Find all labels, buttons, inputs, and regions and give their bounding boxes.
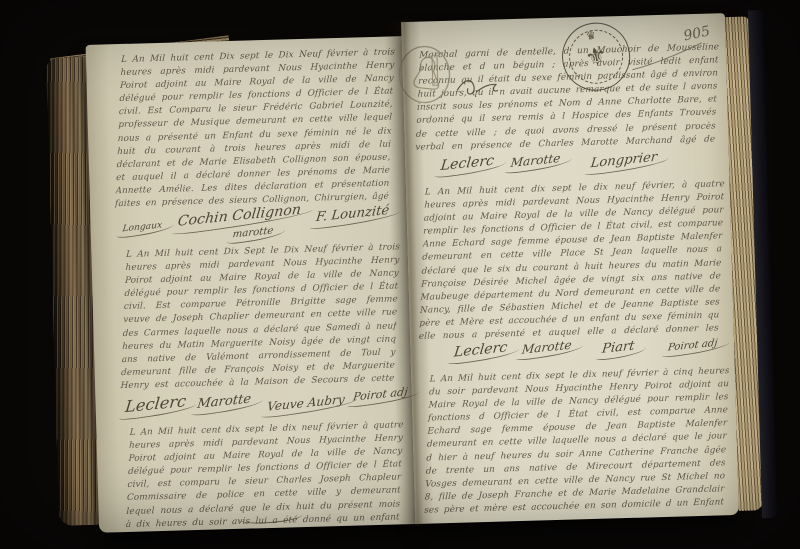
left-page-text-column: L An Mil huit cent Dix sept le Dix Neuf …	[116, 46, 403, 531]
signature: Marotte	[521, 338, 572, 357]
birth-act-entry-5: L An Mil huit cent dix sept le dix neuf …	[424, 365, 730, 518]
right-page-text-column: Marchal garni de dentelle, d un Mouchoir…	[416, 41, 729, 517]
signature: Veuve Aubry	[266, 392, 345, 414]
signature: Leclerc	[453, 339, 508, 360]
signature: Poirot adj	[667, 338, 718, 354]
folio-flourish-stroke	[630, 40, 705, 72]
signature: Piart	[601, 339, 635, 357]
ink-paraph-flourish	[454, 71, 501, 102]
signature: Poirot adj	[352, 385, 408, 403]
seated-figure-icon	[396, 43, 454, 107]
register-book: L An Mil huit cent Dix sept le Dix Neuf …	[41, 2, 779, 540]
right-page: 905 ♛ ⚜	[401, 13, 739, 524]
signature: Leclerc	[440, 153, 495, 174]
birth-act-entry-2: L An Mil huit cent Dix Sept le Dix Neuf …	[120, 241, 400, 393]
signature: marotte	[232, 225, 274, 240]
signature: Leclerc	[124, 391, 187, 416]
signature: Marotte	[510, 151, 561, 170]
left-page: L An Mil huit cent Dix sept le Dix Neuf …	[86, 36, 416, 533]
signature: Marotte	[196, 392, 252, 412]
embossed-medallion-stamp	[396, 43, 454, 107]
pen-flourish-icon	[454, 71, 501, 98]
signature: Longprier	[590, 150, 658, 171]
archive-photo-background: L An Mil huit cent Dix sept le Dix Neuf …	[0, 0, 800, 549]
birth-act-entry-1: L An Mil huit cent Dix sept le Dix Neuf …	[115, 46, 395, 211]
signature: Longaux	[122, 221, 163, 235]
signature: F. Lounzité	[315, 203, 390, 225]
birth-act-entry-4: L An Mil huit cent dix sept le dix neuf …	[419, 178, 725, 344]
